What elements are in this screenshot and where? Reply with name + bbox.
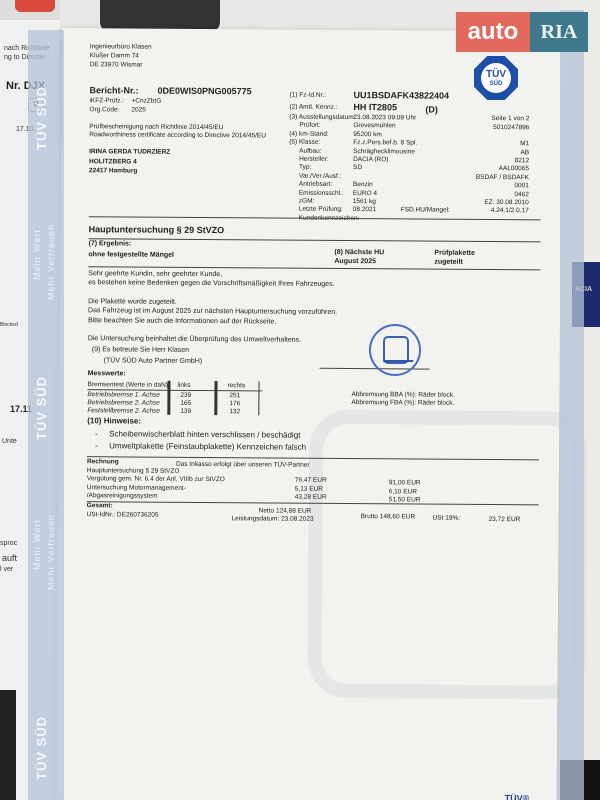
tuv-logo-top: TÜV xyxy=(481,69,511,80)
letter-line: Das Fahrzeug ist im August 2025 zur näch… xyxy=(88,307,337,316)
vehicle-field-value: HH IT2805 xyxy=(353,102,397,112)
background-top-left xyxy=(0,0,60,20)
report-number-label: Bericht-Nr.: xyxy=(90,85,139,95)
hint-item: Scheibenwischerblatt hinten verschlissen… xyxy=(109,429,300,439)
signature xyxy=(383,340,417,362)
next-hu-value: August 2025 xyxy=(334,258,376,265)
vehicle-field-label: (5) Klasse: xyxy=(289,139,320,146)
letter-line: Bitte beachten Sie auch die Informatione… xyxy=(88,317,276,325)
brake-row-right: 132 xyxy=(229,408,240,415)
vat-id: USt-IdNr.: DE260736205 xyxy=(87,511,159,519)
result-label: (7) Ergebnis: xyxy=(88,240,131,247)
vat-value: 23,72 EUR xyxy=(489,516,521,523)
invoice-note: Das Inkasso erfolgt über unseren TÜV-Par… xyxy=(176,461,310,469)
inspection-title: Hauptuntersuchung § 29 StVZO xyxy=(89,224,225,235)
invoice-total-label: Gesamt: xyxy=(87,502,113,509)
ribbon-brand-2: TÜV SÜD xyxy=(34,376,49,440)
brake-row-left: 239 xyxy=(180,392,191,399)
owner-city: 22417 Hamburg xyxy=(89,167,137,174)
invoice-line-net: 5,13 EUR xyxy=(295,485,323,492)
brake-row-name: Feststellbremse 2. Achse xyxy=(87,407,160,415)
ribbon-slogan-1: Mehr Wert. xyxy=(32,226,42,280)
brake-right-header: rechts xyxy=(227,382,245,389)
brake-row-left: 139 xyxy=(180,408,191,415)
vehicle-field-code: EZ: 30.08.2010 xyxy=(484,199,529,206)
brake-row-name: Betriebsbremse 2. Achse xyxy=(87,399,159,407)
certificate-en: Roadworthiness certificate according to … xyxy=(89,131,266,139)
vehicle-field-label: (3) Ausstellungsdatum: xyxy=(289,114,355,121)
vehicle-field-label: Var./Ver./Ausf.: xyxy=(299,172,342,179)
vehicle-field-label: Prüfort: xyxy=(299,122,320,129)
vehicle-field-label: (4) km-Stand: xyxy=(289,130,328,137)
vehicle-field-code: AAL00065 xyxy=(499,165,529,172)
bg-left-unte: Unte xyxy=(2,438,17,445)
inspector-stamp xyxy=(369,324,421,376)
org-code-label: Org.Code: xyxy=(89,106,119,113)
table-column-rule xyxy=(258,381,259,415)
vehicle-field-mid: FSD.HU/Mangel: xyxy=(401,207,450,214)
page-number: Seite 1 von 2 xyxy=(491,115,529,122)
hints-title: (10) Hinweise: xyxy=(87,416,141,425)
bg-left-sproc: sproc xyxy=(0,540,17,547)
plakette-label: Prüfplakette xyxy=(434,250,475,257)
inspection-report-document: Ingenieurbüro Klasen Klußer Damm 74 DE 2… xyxy=(57,28,562,800)
service-date: Leistungsdatum: 23.08.2023 xyxy=(232,515,314,523)
tuv-sud-logo: TÜV SÜD xyxy=(474,56,518,100)
kfz-label: iKFZ-Prüfz.: xyxy=(89,97,124,104)
bg-left-auf: auft xyxy=(2,553,17,563)
kfz-value: +CnzZbtG xyxy=(131,97,161,104)
vehicle-field-code: AB xyxy=(520,149,529,156)
letter-line: es bestehen keine Bedenken gegen die Vor… xyxy=(88,279,334,288)
brake-test-header: Bremsentest (Werte in daN) xyxy=(87,381,167,389)
owner-name: IRINA GERDA TUDRZIERZ xyxy=(89,148,170,156)
background-dark-object xyxy=(100,0,220,32)
bg-left-ver: l ver xyxy=(0,566,13,573)
vehicle-field-code: M1 xyxy=(520,140,529,147)
vehicle-field-label: zGM: xyxy=(299,198,315,205)
vehicle-field-value: 23.08.2023 09:09 Uhr xyxy=(353,114,416,121)
vehicle-field-value: EURO 4 xyxy=(353,190,377,197)
vehicle-field-label: (1) Fz-Id.Nr.: xyxy=(290,92,327,99)
vehicle-field-code: 0462 xyxy=(514,191,529,198)
letter-line: Die Untersuchung beinhaltet die Überprüf… xyxy=(88,335,301,343)
brake-left-header: links xyxy=(177,382,190,389)
invoice-section: Hauptuntersuchung § 29 StVZO xyxy=(87,467,180,475)
plakette-value: zugeteilt xyxy=(434,259,462,266)
net-total: Netto 124,88 EUR xyxy=(259,507,312,514)
next-hu-label: (8) Nächste HU xyxy=(334,249,384,256)
ribbon-brand-3: TÜV SÜD xyxy=(34,716,49,780)
invoice-line-net: 76,47 EUR xyxy=(295,477,327,484)
vehicle-field-code: 8212 xyxy=(515,157,530,164)
autoria-watermark: auto RIA xyxy=(456,12,588,52)
vehicle-field-value: Fz.z.Pers.bef.b. 8 Spl. xyxy=(353,139,417,146)
table-column-rule xyxy=(167,381,170,415)
vehicle-field-code: 4.24.1/2.0.17 xyxy=(491,207,529,214)
vehicle-field-value: 1561 kg xyxy=(353,198,376,205)
vehicle-field-code: BSDAF / BSDAFK xyxy=(476,174,529,181)
vehicle-field-label: Letzte Prüfung: xyxy=(299,206,343,213)
brake-row-right: 251 xyxy=(229,392,240,399)
vehicle-field-label: (2) Amtl. Kennz.: xyxy=(289,104,337,111)
abbremsung-bba: Abbremsung BBA (%): Räder block. xyxy=(351,391,454,399)
autoria-ria: RIA xyxy=(530,12,588,52)
tuv-watermark xyxy=(307,410,587,700)
hint-bullet: - xyxy=(95,429,98,438)
vehicle-field-label: Aufbau: xyxy=(299,147,321,154)
background-dark-area xyxy=(0,690,16,800)
result-value: ohne festgestellte Mängel xyxy=(88,251,174,259)
issuer-city: DE 23970 Wismar xyxy=(90,61,143,68)
owner-street: HOLITZBERG 4 xyxy=(89,158,137,165)
ribbon-slogan-2: Mehr Vertrauen. xyxy=(46,220,56,300)
vehicle-field-label: Antriebsart: xyxy=(299,181,332,188)
divider xyxy=(89,238,541,242)
tuv-ribbon-right xyxy=(560,10,584,800)
letter-line: Sehr geehrte Kundin, sehr geehrter Kunde… xyxy=(88,270,222,278)
inspector-company: (TÜV SÜD Auto Partner GmbH) xyxy=(104,357,202,365)
issuer-name: Ingenieurbüro Klasen xyxy=(90,43,152,50)
invoice-line-label: /Abgasreinigungssystem xyxy=(87,492,158,499)
tuv-logo-bottom: SÜD xyxy=(481,81,511,87)
abbremsung-fba: Abbremsung FBA (%): Räder block. xyxy=(351,399,454,407)
vehicle-field-code: 0001 xyxy=(514,182,529,189)
vat-label: USt 19%: xyxy=(433,515,461,522)
brake-row-right: 176 xyxy=(229,400,240,407)
vehicle-field-value: Schräghecklimousine xyxy=(353,148,415,155)
certificate-de: Prüfbescheinigung nach Richtlinie 2014/4… xyxy=(89,123,223,131)
invoice-line-gross: 91,00 EUR xyxy=(389,479,421,486)
hint-bullet: - xyxy=(95,441,98,450)
ribbon-slogan-3: Mehr Wert. xyxy=(32,516,42,570)
letter-line: Die Plakette wurde zugeteilt. xyxy=(88,298,177,306)
hint-item: Umweltplakette (Feinstaubplakette) Kennz… xyxy=(109,441,306,451)
vehicle-field-value: 95200 km xyxy=(353,131,382,138)
issuer-street: Klußer Damm 74 xyxy=(90,52,139,59)
inspector-line: (9) Es betreute Sie Herr Klasen xyxy=(92,346,189,354)
ribbon-brand-1: TÜV SÜD xyxy=(34,86,49,150)
vehicle-field-extra: (D) xyxy=(425,105,438,115)
tuv-ribbon-left: TÜV SÜD Mehr Wert. Mehr Vertrauen. TÜV S… xyxy=(28,30,64,800)
invoice-line-label: Untersuchung Motormanagement- xyxy=(87,484,186,492)
vehicle-field-value: Benzin xyxy=(353,181,373,188)
vehicle-field-label: Emissionsschl.: xyxy=(299,189,344,196)
brake-row-left: 165 xyxy=(180,400,191,407)
tuv-footer-mark: TÜV® xyxy=(505,793,530,800)
invoice-line-label: Vergütung gem. Nr. 6.4 der Anl. VIIIb zu… xyxy=(87,475,225,483)
vehicle-field-value: 08.2021 xyxy=(353,206,377,213)
brake-row-name: Betriebsbremse 1. Achse xyxy=(87,391,159,399)
vehicle-field-label: Typ: xyxy=(299,164,311,171)
bg-left-blocked: Blocked xyxy=(0,322,18,328)
vehicle-field-value: UU1BSDAFK43822404 xyxy=(354,90,450,101)
invoice-title: Rechnung xyxy=(87,458,119,465)
table-column-rule xyxy=(214,381,217,415)
vehicle-field-value: Grevesmühlen xyxy=(353,122,395,129)
report-number: 0DE0WIS0PNG005775 xyxy=(158,86,252,97)
invoice-line-net: 43,28 EUR xyxy=(295,494,327,501)
autoria-auto: auto xyxy=(456,12,530,52)
vehicle-field-label: Hersteller: xyxy=(299,156,329,163)
vehicle-field-value: SD xyxy=(353,164,362,171)
measurements-title: Messwerte: xyxy=(88,370,126,377)
org-code-value: 2025 xyxy=(131,106,146,113)
document-number: 5010247896 xyxy=(493,124,529,131)
invoice-line-gross: 6,10 EUR xyxy=(389,488,417,495)
ribbon-slogan-4: Mehr Vertrauen. xyxy=(46,510,56,590)
gross-total: Brutto 148,60 EUR xyxy=(361,513,416,520)
vehicle-field-value: DACIA (RO) xyxy=(353,156,388,163)
